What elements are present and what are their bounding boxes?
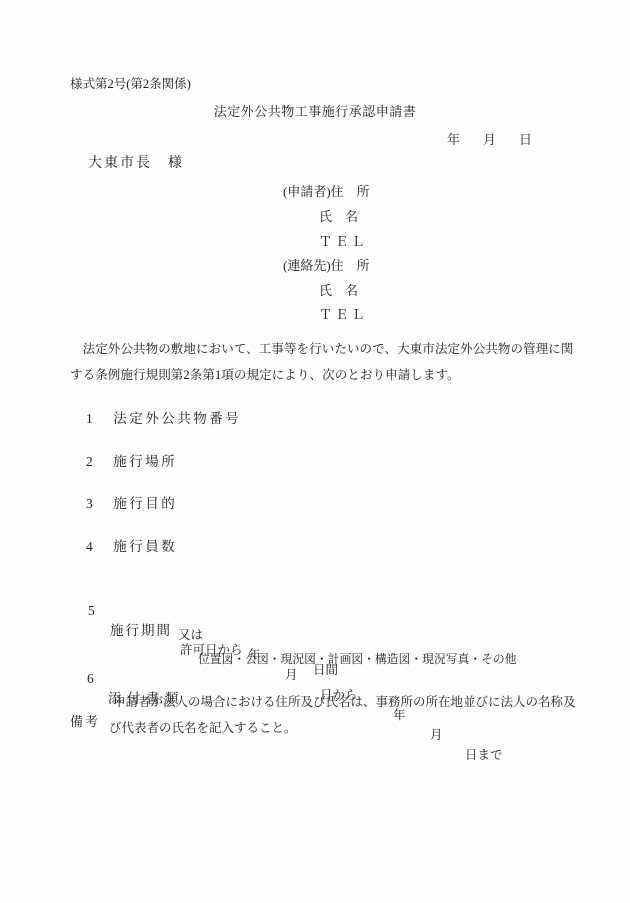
- remarks-label: 備考: [70, 714, 100, 730]
- item-4: 4施行員数: [86, 539, 177, 556]
- body-paragraph-line-2: する条例施行規則第2条第1項の規定により、次のとおり申請します。: [70, 368, 460, 384]
- address-label: 住 所: [331, 184, 370, 199]
- item-2-number: 2: [86, 454, 95, 469]
- item-6-number: 6: [87, 671, 94, 688]
- form-number: 様式第2号(第2条関係): [70, 77, 191, 93]
- item-1-label: 法定外公共物番号: [113, 411, 241, 426]
- item-3: 3施行目的: [86, 496, 177, 513]
- day-label: 日: [519, 132, 532, 148]
- contact-label: (連絡先): [283, 258, 331, 273]
- item-6: 6 添付書類 位置図・公図・現況図・計画図・構造図・現況写真・その他: [0, 651, 630, 669]
- remarks-text-1: 申請者が法人の場合における住所及び氏名は、事務所の所在地並びに法人の名称及: [113, 695, 576, 711]
- or-label: 又は: [178, 628, 203, 644]
- item-2: 2施行場所: [86, 454, 177, 471]
- contact-tel-line: Ｔ Ｅ Ｌ: [319, 307, 365, 323]
- applicant-name-line: 氏 名: [319, 209, 358, 225]
- item-4-label: 施行員数: [113, 539, 177, 554]
- contact-name-line: 氏 名: [319, 283, 358, 299]
- addressee: 大東市長 様: [88, 155, 184, 173]
- item-2-label: 施行場所: [113, 454, 177, 469]
- month-label: 月: [483, 132, 496, 148]
- remarks-line-1: 備考 申請者が法人の場合における住所及び氏名は、事務所の所在地並びに法人の名称及: [0, 694, 630, 712]
- item-3-number: 3: [86, 496, 95, 511]
- date-line: 年 月 日: [447, 132, 532, 148]
- end-month-label: 月: [430, 728, 443, 744]
- item-5-row-1: 5 施行期間 許可日から 日間: [0, 583, 630, 601]
- remarks-line-2: び代表者の氏名を記入すること。: [109, 721, 297, 737]
- address-label: 住 所: [331, 258, 370, 273]
- item-1-number: 1: [86, 411, 95, 426]
- item-1: 1法定外公共物番号: [86, 411, 241, 428]
- document-page: 様式第2号(第2条関係) 法定外公共物工事施行承認申請書 年 月 日 大東市長 …: [0, 0, 630, 903]
- attachments-list: 位置図・公図・現況図・計画図・構造図・現況写真・その他: [198, 652, 517, 667]
- item-4-number: 4: [86, 539, 95, 554]
- contact-address-line: (連絡先)住 所: [283, 258, 370, 274]
- applicant-address-line: (申請者)住 所: [283, 184, 370, 200]
- item-5-row-2: 又は 年 月 日から 年 月 日まで: [0, 608, 630, 626]
- end-day-until-label: 日まで: [465, 748, 503, 764]
- start-month-label: 月: [285, 668, 298, 684]
- body-paragraph-line-1: 法定外公共物の敷地において、工事等を行いたいので、大東市法定外公共物の管理に関: [70, 342, 574, 358]
- page-title: 法定外公共物工事施行承認申請書: [0, 104, 630, 120]
- year-label: 年: [447, 132, 460, 148]
- applicant-tel-line: Ｔ Ｅ Ｌ: [319, 234, 365, 250]
- item-3-label: 施行目的: [113, 496, 177, 511]
- applicant-label: (申請者): [283, 184, 331, 199]
